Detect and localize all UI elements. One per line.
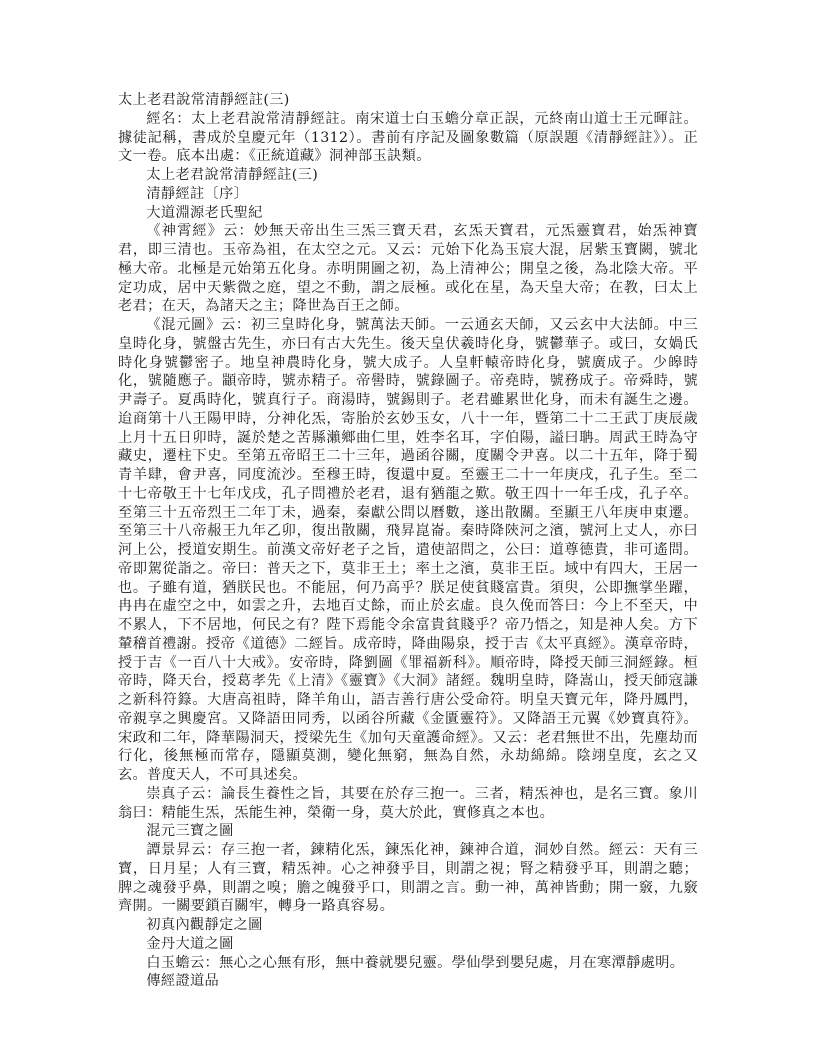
section-heading-transmission: 傳經證道品 bbox=[118, 972, 698, 991]
section-verse-bai-yuchan: 白玉蟾云：無心之心無有形，無中養就嬰兒靈。學仙學到嬰兒處，月在寒潭靜處明。 bbox=[118, 954, 698, 973]
paragraph-tan-jingsheng: 譚景昇云：存三抱一者，鍊精化炁，鍊炁化神，鍊神合道，洞妙自然。經云：天有三寶，日… bbox=[118, 841, 698, 916]
paragraph-scripture-name: 經名：太上老君說常清靜經註。南宋道士白玉蟾分章正誤，元終南山道士王元暉註。據徒記… bbox=[118, 110, 698, 166]
section-heading-golden-elixir-diagram: 金丹大道之圖 bbox=[118, 935, 698, 954]
section-heading-preface: 清靜經註〔序〕 bbox=[118, 185, 698, 204]
document-page: 太上老君說常清靜經註(三) 經名：太上老君說常清靜經註。南宋道士白玉蟾分章正誤，… bbox=[118, 91, 698, 991]
section-heading-title-repeat: 太上老君說常清靜經註(三) bbox=[118, 166, 698, 185]
paragraph-chongzhenzi: 崇真子云：論長生養性之旨，其要在於存三抱一。三者，精炁神也，是名三寶。象川翁曰：… bbox=[118, 785, 698, 823]
section-heading-inner-contemplation-diagram: 初真內觀靜定之圖 bbox=[118, 916, 698, 935]
section-heading-three-treasures-diagram: 混元三寶之圖 bbox=[118, 822, 698, 841]
section-heading-lineage: 大道淵源老氏聖紀 bbox=[118, 204, 698, 223]
paragraph-shenxiao-jing: 《神霄經》云：妙無天帝出生三炁三寶天君，玄炁天寶君，元炁靈寶君，始炁神寶君，即三… bbox=[118, 222, 698, 316]
document-title: 太上老君說常清靜經註(三) bbox=[118, 91, 698, 110]
paragraph-hunyuan-tu: 《混元圖》云：初三皇時化身，號萬法天師。一云通玄天師，又云玄中大法師。中三皇時化… bbox=[118, 316, 698, 785]
